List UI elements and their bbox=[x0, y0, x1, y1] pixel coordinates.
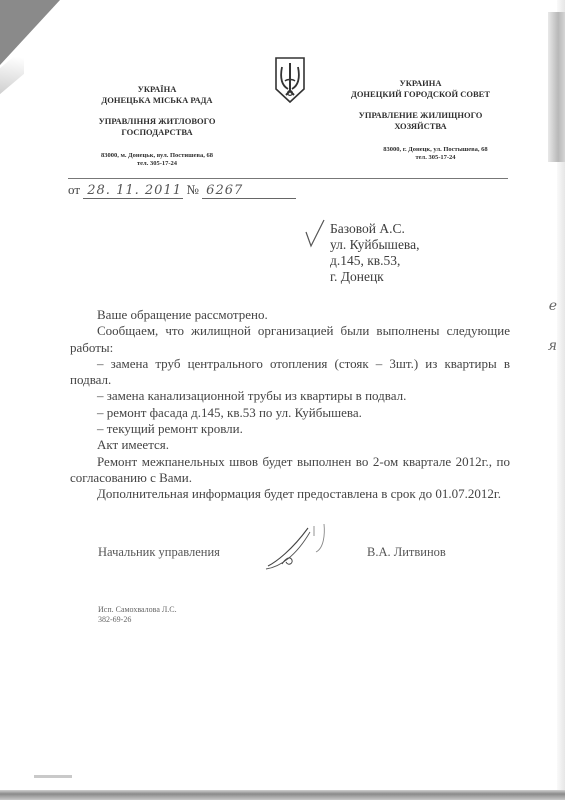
letterhead-left-council: ДОНЕЦЬКА МІСЬКА РАДА bbox=[72, 95, 242, 106]
scan-corner-shadow bbox=[0, 0, 60, 65]
reference-line: от 28. 11. 2011 № 6267 bbox=[68, 182, 296, 199]
executor-block: Исп. Самохвалова Л.С. 382-69-26 bbox=[98, 605, 177, 625]
handwritten-signature-icon bbox=[262, 522, 332, 572]
letterhead-right: УКРАИНА ДОНЕЦКИЙ ГОРОДСКОЙ СОВЕТ УПРАВЛЕ… bbox=[333, 78, 508, 162]
reference-from-label: от bbox=[68, 182, 80, 197]
addressee-name: Базовой А.С. bbox=[330, 221, 420, 237]
letterhead-left-address: 83000, м. Донецьк, вул. Постишева, 68 bbox=[72, 152, 242, 160]
scan-right-strip bbox=[548, 12, 565, 162]
body-paragraph: Акт имеется. bbox=[70, 437, 510, 453]
signatory-title: Начальник управления bbox=[98, 545, 220, 560]
margin-handwriting-1: е bbox=[549, 298, 557, 314]
body-paragraph: – текущий ремонт кровли. bbox=[70, 421, 510, 437]
reference-date: 28. 11. 2011 bbox=[83, 183, 183, 199]
scan-artifact bbox=[34, 775, 72, 778]
addressee-street: ул. Куйбышева, bbox=[330, 237, 420, 253]
addressee-building: д.145, кв.53, bbox=[330, 253, 420, 269]
reference-number: 6267 bbox=[202, 183, 296, 199]
signatory-name: В.А. Литвинов bbox=[367, 545, 446, 560]
letterhead-divider bbox=[68, 178, 508, 179]
addressee-city: г. Донецк bbox=[330, 269, 420, 285]
body-paragraph: Дополнительная информация будет предоста… bbox=[70, 486, 510, 502]
executor-name: Исп. Самохвалова Л.С. bbox=[98, 605, 177, 615]
letterhead-left-country: УКРАЇНА bbox=[72, 84, 242, 95]
letterhead-right-dept-1: УПРАВЛЕНИЕ ЖИЛИЩНОГО bbox=[333, 110, 508, 121]
letterhead-right-address: 83000, г. Донецк, ул. Постышева, 68 bbox=[363, 146, 508, 154]
body-paragraph: – ремонт фасада д.145, кв.53 по ул. Куйб… bbox=[70, 405, 510, 421]
addressee-block: Базовой А.С. ул. Куйбышева, д.145, кв.53… bbox=[330, 221, 420, 285]
letter-body: Ваше обращение рассмотрено. Сообщаем, чт… bbox=[70, 307, 510, 503]
margin-handwriting-2: я bbox=[548, 338, 557, 354]
letterhead-right-council: ДОНЕЦКИЙ ГОРОДСКОЙ СОВЕТ bbox=[333, 89, 508, 100]
letterhead-left-phone: тел. 305-17-24 bbox=[72, 160, 242, 168]
letterhead-left-dept-2: ГОСПОДАРСТВА bbox=[72, 127, 242, 138]
executor-phone: 382-69-26 bbox=[98, 615, 177, 625]
body-paragraph: Ремонт межпанельных швов будет выполнен … bbox=[70, 454, 510, 487]
body-paragraph: – замена труб центрального отопления (ст… bbox=[70, 356, 510, 389]
letterhead-left: УКРАЇНА ДОНЕЦЬКА МІСЬКА РАДА УПРАВЛІННЯ … bbox=[72, 84, 242, 168]
letterhead-right-phone: тел. 305-17-24 bbox=[363, 154, 508, 162]
body-paragraph: – замена канализационной трубы из кварти… bbox=[70, 388, 510, 404]
trident-emblem-icon bbox=[273, 55, 307, 105]
checkmark-icon bbox=[303, 218, 327, 248]
body-paragraph: Сообщаем, что жилищной организацией были… bbox=[70, 323, 510, 356]
letterhead-left-dept-1: УПРАВЛІННЯ ЖИТЛОВОГО bbox=[72, 116, 242, 127]
reference-number-label: № bbox=[187, 182, 199, 197]
letterhead-right-country: УКРАИНА bbox=[333, 78, 508, 89]
body-paragraph: Ваше обращение рассмотрено. bbox=[70, 307, 510, 323]
letterhead-right-dept-2: ХОЗЯЙСТВА bbox=[333, 121, 508, 132]
scan-bottom-edge bbox=[0, 790, 565, 800]
